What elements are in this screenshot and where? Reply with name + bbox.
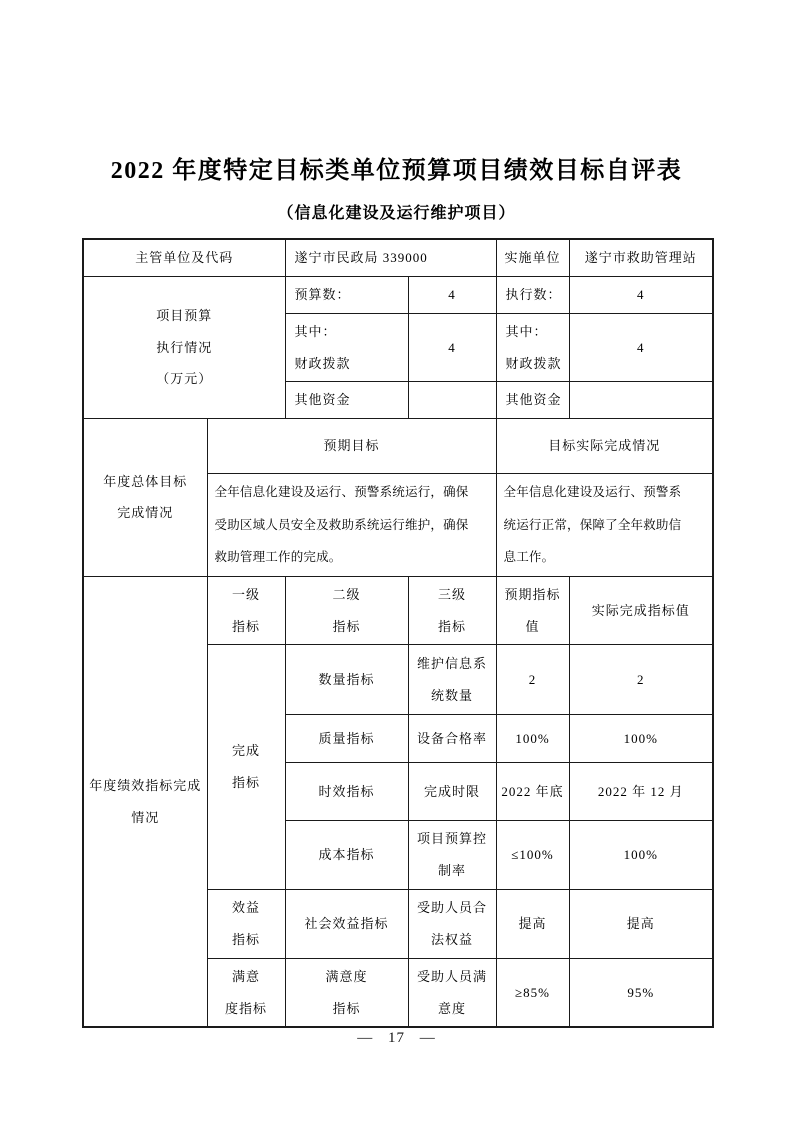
expected-value-cell: ≤100% [496,821,569,890]
level1-header: 一级 指标 [207,576,285,645]
expected-value-cell: 2 [496,645,569,715]
level2-indicator-cell: 质量指标 [285,715,408,763]
level1-indicator-cell: 完成 指标 [207,645,285,890]
level3-indicator-cell: 完成时限 [408,763,496,821]
expected-value-cell: 100% [496,715,569,763]
budget-section-label: 项目预算 执行情况 （万元） [83,276,285,418]
expected-value-cell: 2022 年底 [496,763,569,821]
level2-indicator-cell: 时效指标 [285,763,408,821]
budget-number-row: 项目预算 执行情况 （万元） 预算数： 4 执行数： 4 [83,276,713,313]
annual-goal-section-label: 年度总体目标 完成情况 [83,419,207,577]
implement-unit-label: 实施单位 [496,239,569,276]
actual-goal-text: 全年信息化建设及运行、预警系 统运行正常，保障了全年救助信 息工作。 [496,474,713,577]
level3-indicator-cell: 受助人员满 意度 [408,958,496,1027]
level2-indicator-cell: 社会效益指标 [285,890,408,959]
subtitle: （信息化建设及运行维护项目） [0,200,793,223]
expected-value-header: 预期指标 值 [496,576,569,645]
level2-indicator-cell: 成本指标 [285,821,408,890]
indicators-section-label: 年度绩效指标完成 情况 [83,576,207,1027]
level1-indicator-cell: 满意 度指标 [207,958,285,1027]
page-number: — 17 — [0,1030,793,1047]
level1-indicator-cell: 效益 指标 [207,890,285,959]
expected-value-cell: ≥85% [496,958,569,1027]
level2-header: 二级 指标 [285,576,408,645]
level2-indicator-cell: 满意度 指标 [285,958,408,1027]
actual-value-cell: 100% [569,715,713,763]
fiscal-allocation-exec-label: 其中： 财政拨款 [496,313,569,382]
other-funds-budget-value [408,382,496,419]
other-funds-budget-label: 其他资金 [285,382,408,419]
execution-number-value: 4 [569,276,713,313]
other-funds-exec-value [569,382,713,419]
implement-unit-value: 遂宁市救助管理站 [569,239,713,276]
expected-goal-header: 预期目标 [207,419,496,474]
budget-number-label: 预算数： [285,276,408,313]
expected-value-cell: 提高 [496,890,569,959]
main-title: 2022 年度特定目标类单位预算项目绩效目标自评表 [0,150,793,185]
fiscal-allocation-budget-value: 4 [408,313,496,382]
actual-value-cell: 2022 年 12 月 [569,763,713,821]
other-funds-exec-label: 其他资金 [496,382,569,419]
actual-goal-header: 目标实际完成情况 [496,419,713,474]
self-evaluation-table: 主管单位及代码 遂宁市民政局 339000 实施单位 遂宁市救助管理站 项目预算… [82,238,714,1028]
level3-indicator-cell: 项目预算控 制率 [408,821,496,890]
fiscal-allocation-budget-label: 其中： 财政拨款 [285,313,408,382]
actual-value-cell: 100% [569,821,713,890]
level2-indicator-cell: 数量指标 [285,645,408,715]
indicator-header-row: 年度绩效指标完成 情况 一级 指标 二级 指标 三级 指标 预期指标 值 实际完… [83,576,713,645]
expected-goal-text: 全年信息化建设及运行、预警系统运行，确保 受助区域人员安全及救助系统运行维护，确… [207,474,496,577]
level3-indicator-cell: 设备合格率 [408,715,496,763]
execution-number-label: 执行数： [496,276,569,313]
supervisor-unit-label: 主管单位及代码 [83,239,285,276]
fiscal-allocation-exec-value: 4 [569,313,713,382]
unit-info-row: 主管单位及代码 遂宁市民政局 339000 实施单位 遂宁市救助管理站 [83,239,713,276]
level3-header: 三级 指标 [408,576,496,645]
document-page: 2022 年度特定目标类单位预算项目绩效目标自评表 （信息化建设及运行维护项目）… [0,0,793,1122]
actual-value-header: 实际完成指标值 [569,576,713,645]
budget-number-value: 4 [408,276,496,313]
level3-indicator-cell: 维护信息系 统数量 [408,645,496,715]
actual-value-cell: 2 [569,645,713,715]
actual-value-cell: 95% [569,958,713,1027]
level3-indicator-cell: 受助人员合 法权益 [408,890,496,959]
supervisor-unit-value: 遂宁市民政局 339000 [285,239,496,276]
annual-goal-header-row: 年度总体目标 完成情况 预期目标 目标实际完成情况 [83,419,713,474]
actual-value-cell: 提高 [569,890,713,959]
